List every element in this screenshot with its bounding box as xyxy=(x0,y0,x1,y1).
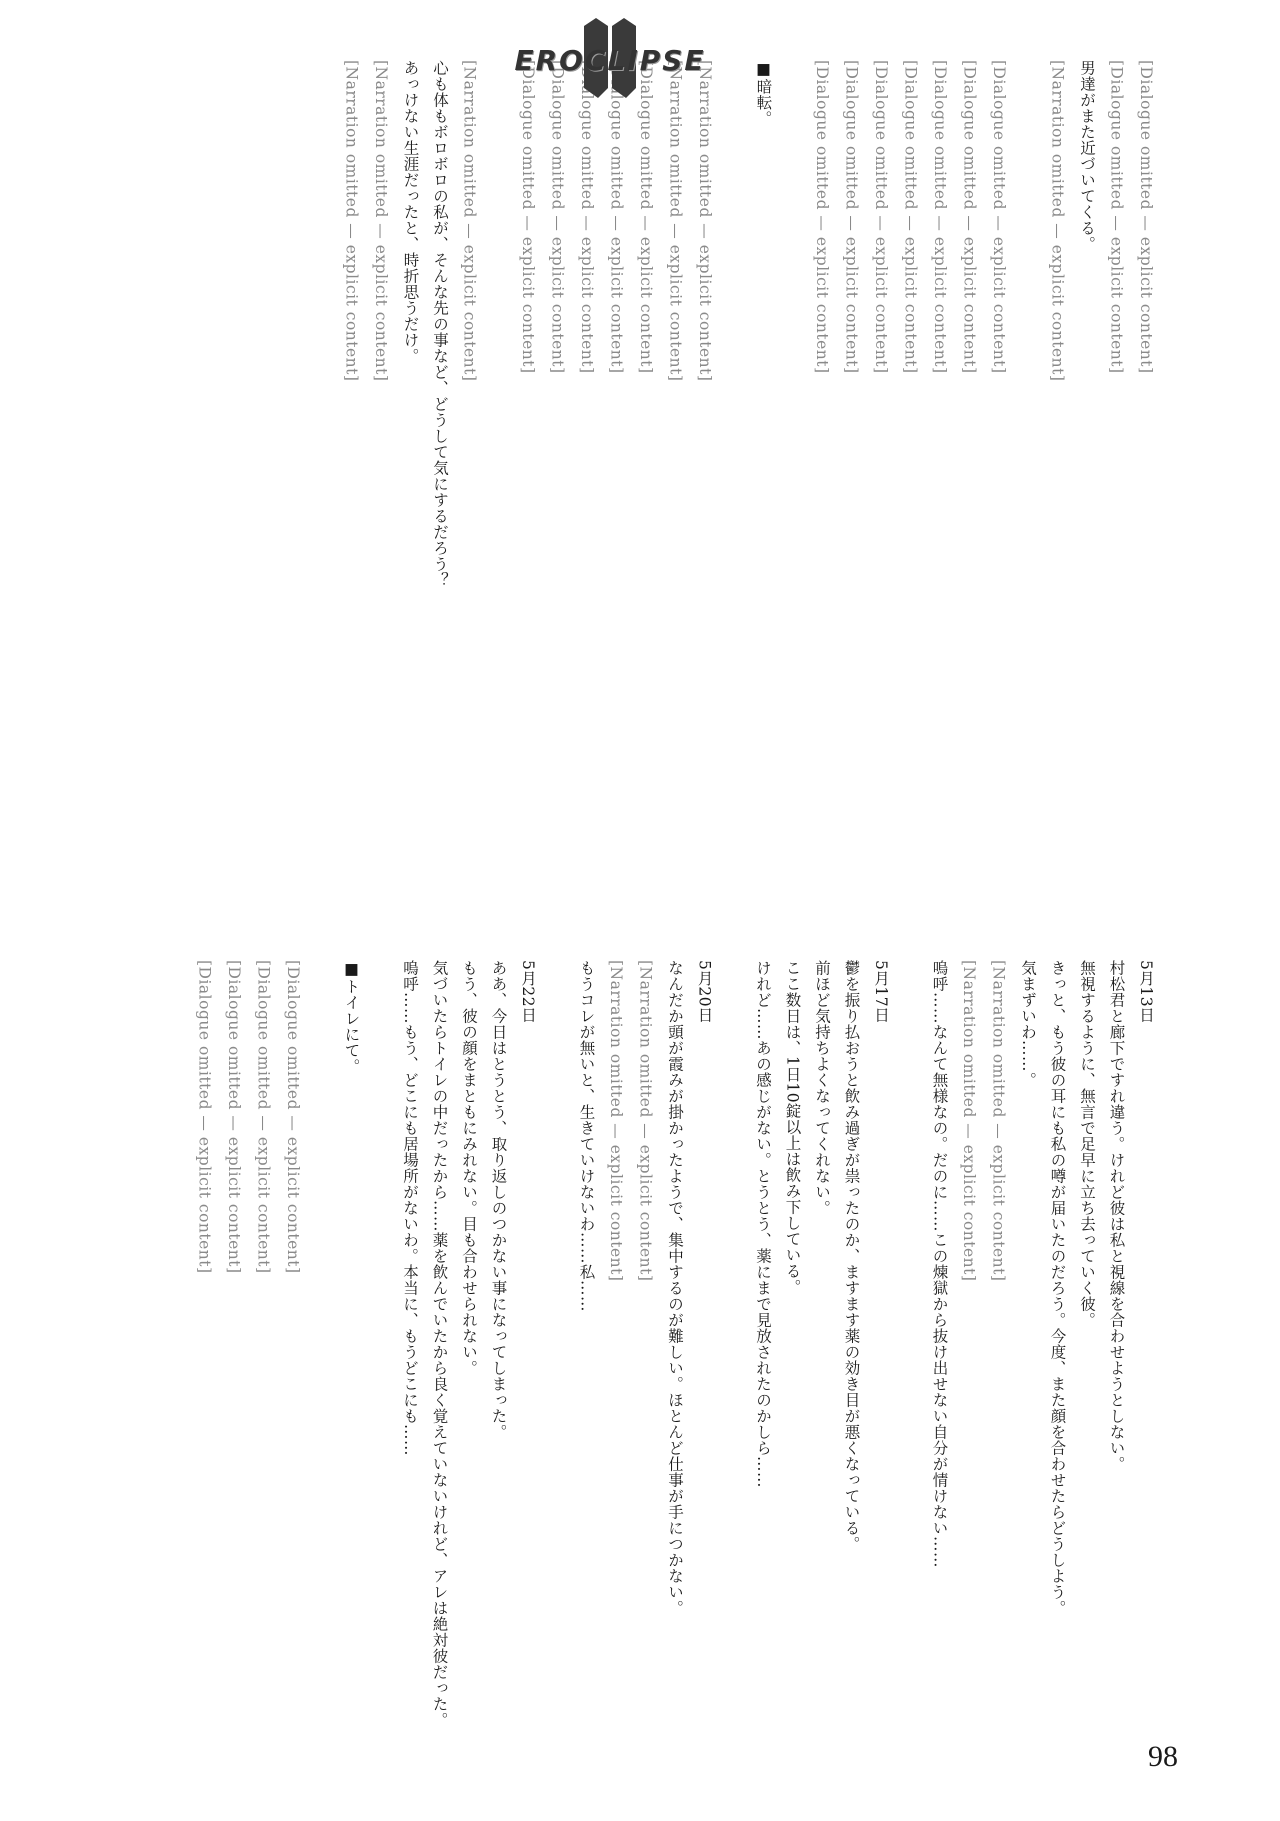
text-column: 嗚呼……なんて無様なの。だのに……この煉獄から抜け出せない自分が情けない…… xyxy=(924,960,954,1760)
text-column: ああ、今日はとうとう、取り返しのつかない事になってしまった。 xyxy=(483,960,513,1760)
text-column: [Dialogue omitted — explicit content] xyxy=(601,60,631,870)
text-column: 気まずいわ……。 xyxy=(1013,960,1043,1760)
text-column: 無視するように、無言で足早に立ち去っていく彼。 xyxy=(1072,960,1102,1760)
text-column: [Narration omitted — explicit content] xyxy=(954,960,984,1760)
text-column: ここ数日は、1日10錠以上は飲み下している。 xyxy=(777,960,807,1760)
text-column: [Dialogue omitted — explicit content] xyxy=(219,960,249,1760)
column-gap xyxy=(542,960,571,1760)
text-column: [Narration omitted — explicit content] xyxy=(983,960,1013,1760)
text-column: なんだか頭が霞みが掛かったようで、集中するのが難しい。ほとんど仕事が手につかない… xyxy=(660,960,690,1760)
text-column: [Narration omitted — explicit content] xyxy=(454,60,484,870)
text-column: [Narration omitted — explicit content] xyxy=(1042,60,1072,870)
text-column: [Dialogue omitted — explicit content] xyxy=(984,60,1014,870)
text-column: 5月17日 xyxy=(866,960,896,1760)
section-heading: ■トイレにて。 xyxy=(336,960,366,1760)
column-gap xyxy=(719,60,748,870)
column-gap xyxy=(895,960,924,1760)
text-column: [Dialogue omitted — explicit content] xyxy=(542,60,572,870)
text-column: [Narration omitted — explicit content] xyxy=(601,960,631,1760)
text-column: 鬱を振り払おうと飲み過ぎが祟ったのか、ますます薬の効き目が悪くなっている。 xyxy=(836,960,866,1760)
text-column: もう、彼の顔をまともにみれない。目も合わせられない。 xyxy=(454,960,484,1760)
top-tier-text: [Dialogue omitted — explicit content][Di… xyxy=(190,60,1160,870)
text-column: けれど……あの感じがない。とうとう、薬にまで見放されたのかしら…… xyxy=(748,960,778,1760)
text-column: あっけない生涯だったと、時折思うだけ。 xyxy=(395,60,425,870)
section-heading: ■暗転。 xyxy=(748,60,778,870)
text-column: 男達がまた近づいてくる。 xyxy=(1072,60,1102,870)
column-gap xyxy=(719,960,748,1760)
column-gap xyxy=(307,960,336,1760)
text-column: [Dialogue omitted — explicit content] xyxy=(513,60,543,870)
text-column: [Dialogue omitted — explicit content] xyxy=(895,60,925,870)
text-column: きっと、もう彼の耳にも私の噂が届いたのだろう。今度、また顔を合わせたらどうしよう… xyxy=(1042,960,1072,1760)
text-column: [Narration omitted — explicit content] xyxy=(336,60,366,870)
text-column: [Dialogue omitted — explicit content] xyxy=(248,960,278,1760)
text-column: [Narration omitted — explicit content] xyxy=(366,60,396,870)
column-gap xyxy=(366,960,395,1760)
text-column: 嗚呼……もう、どこにも居場所がないわ。本当に、もうどこにも…… xyxy=(395,960,425,1760)
logo-text: EROCLIPSE xyxy=(490,44,730,77)
column-gap xyxy=(484,60,513,870)
text-column: もうコレが無いと、生きていけないわ……私…… xyxy=(571,960,601,1760)
text-column: [Narration omitted — explicit content] xyxy=(630,960,660,1760)
text-column: [Narration omitted — explicit content] xyxy=(660,60,690,870)
text-column: [Dialogue omitted — explicit content] xyxy=(189,960,219,1760)
text-column: [Narration omitted — explicit content] xyxy=(690,60,720,870)
text-column: 気づいたらトイレの中だったから……薬を飲んでいたから良く覚えていないけれど、アレ… xyxy=(424,960,454,1760)
text-column: 村松君と廊下ですれ違う。けれど彼は私と視線を合わせようとしない。 xyxy=(1101,960,1131,1760)
text-column: [Dialogue omitted — explicit content] xyxy=(631,60,661,870)
text-column: 5月13日 xyxy=(1131,960,1161,1760)
text-column: 5月20日 xyxy=(689,960,719,1760)
text-column: [Dialogue omitted — explicit content] xyxy=(1131,60,1161,870)
text-column: [Dialogue omitted — explicit content] xyxy=(954,60,984,870)
column-gap xyxy=(1013,60,1042,870)
text-column: 前ほど気持ちよくなってくれない。 xyxy=(807,960,837,1760)
text-column: [Dialogue omitted — explicit content] xyxy=(572,60,602,870)
text-column: [Dialogue omitted — explicit content] xyxy=(836,60,866,870)
text-column: [Dialogue omitted — explicit content] xyxy=(866,60,896,870)
text-column: 5月22日 xyxy=(513,960,543,1760)
text-column: [Dialogue omitted — explicit content] xyxy=(925,60,955,870)
column-gap xyxy=(778,60,807,870)
text-column: [Dialogue omitted — explicit content] xyxy=(807,60,837,870)
text-column: [Dialogue omitted — explicit content] xyxy=(1101,60,1131,870)
text-column: 心も体もボロボロの私が、そんな先の事など、どうして気にするだろう？ xyxy=(425,60,455,870)
text-column: [Dialogue omitted — explicit content] xyxy=(278,960,308,1760)
bottom-tier-text: 5月13日村松君と廊下ですれ違う。けれど彼は私と視線を合わせようとしない。無視す… xyxy=(190,960,1160,1760)
page-number: 98 xyxy=(1148,1740,1178,1774)
